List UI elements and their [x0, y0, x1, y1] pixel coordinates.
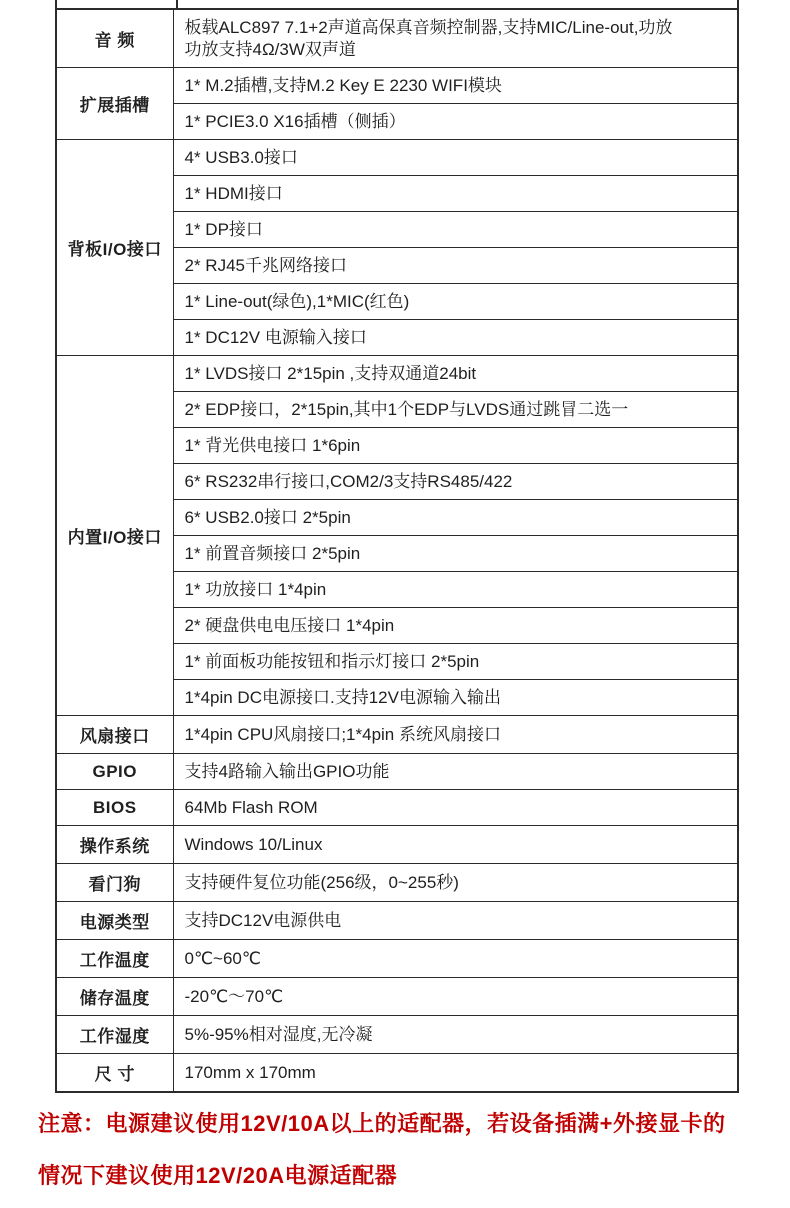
- table-row: 看门狗 支持硬件复位功能(256级，0~255秒): [56, 864, 738, 902]
- spec-value: 64Mb Flash ROM: [173, 790, 738, 826]
- spec-label-internal-io: 内置I/O接口: [56, 356, 173, 716]
- spec-value: 板载ALC897 7.1+2声道高保真音频控制器,支持MIC/Line-out,…: [173, 9, 738, 68]
- spec-value: 5%-95%相对湿度,无冷凝: [173, 1016, 738, 1054]
- spec-value: 1* 功放接口 1*4pin: [173, 572, 738, 608]
- spec-label-operating-humidity: 工作湿度: [56, 1016, 173, 1054]
- spec-value: 1* DC12V 电源输入接口: [173, 320, 738, 356]
- spec-value: 1*4pin CPU风扇接口;1*4pin 系统风扇接口: [173, 716, 738, 754]
- spec-table-wrap: 音 频 板载ALC897 7.1+2声道高保真音频控制器,支持MIC/Line-…: [55, 0, 739, 1093]
- spec-value: 2* 硬盘供电电压接口 1*4pin: [173, 608, 738, 644]
- spec-value: 1* HDMI接口: [173, 176, 738, 212]
- spec-label-expansion-slots: 扩展插槽: [56, 68, 173, 140]
- spec-value-line: 板载ALC897 7.1+2声道高保真音频控制器,支持MIC/Line-out,…: [185, 17, 730, 39]
- spec-value: 1*4pin DC电源接口.支持12V电源输入输出: [173, 680, 738, 716]
- spec-value: 170mm x 170mm: [173, 1054, 738, 1093]
- spec-value: -20℃～70℃: [173, 978, 738, 1016]
- spec-value: 1* 背光供电接口 1*6pin: [173, 428, 738, 464]
- spec-value: 支持硬件复位功能(256级，0~255秒): [173, 864, 738, 902]
- power-note-line: 情况下建议使用12V/20A电源适配器: [38, 1161, 758, 1191]
- table-row: 背板I/O接口 4* USB3.0接口: [56, 140, 738, 176]
- spec-value: 1* 前置音频接口 2*5pin: [173, 536, 738, 572]
- table-row: 工作温度 0℃~60℃: [56, 940, 738, 978]
- table-row: 内置I/O接口 1* LVDS接口 2*15pin ,支持双通道24bit: [56, 356, 738, 392]
- table-row: 风扇接口 1*4pin CPU风扇接口;1*4pin 系统风扇接口: [56, 716, 738, 754]
- spec-value: Windows 10/Linux: [173, 826, 738, 864]
- spec-label-audio: 音 频: [56, 9, 173, 68]
- spec-label-watchdog: 看门狗: [56, 864, 173, 902]
- power-note: 注意：电源建议使用12V/10A以上的适配器，若设备插满+外接显卡的 情况下建议…: [38, 1109, 758, 1191]
- table-row: 电源类型 支持DC12V电源供电: [56, 902, 738, 940]
- power-note-line: 注意：电源建议使用12V/10A以上的适配器，若设备插满+外接显卡的: [38, 1109, 758, 1139]
- spec-value-line: 功放支持4Ω/3W双声道: [185, 39, 730, 61]
- spec-label-storage-temp: 储存温度: [56, 978, 173, 1016]
- spec-value: 6* RS232串行接口,COM2/3支持RS485/422: [173, 464, 738, 500]
- table-row: GPIO 支持4路输入输出GPIO功能: [56, 754, 738, 790]
- spec-label-rear-io: 背板I/O接口: [56, 140, 173, 356]
- cutoff-label-cell: [55, 0, 178, 8]
- spec-value: 6* USB2.0接口 2*5pin: [173, 500, 738, 536]
- spec-value: 支持4路输入输出GPIO功能: [173, 754, 738, 790]
- spec-value: 1* Line-out(绿色),1*MIC(红色): [173, 284, 738, 320]
- spec-label-gpio: GPIO: [56, 754, 173, 790]
- spec-label-os: 操作系统: [56, 826, 173, 864]
- spec-value: 4* USB3.0接口: [173, 140, 738, 176]
- spec-value: 1* PCIE3.0 X16插槽（侧插）: [173, 104, 738, 140]
- spec-value: 1* DP接口: [173, 212, 738, 248]
- spec-table: 音 频 板载ALC897 7.1+2声道高保真音频控制器,支持MIC/Line-…: [55, 8, 739, 1093]
- spec-label-bios: BIOS: [56, 790, 173, 826]
- table-row: 尺 寸 170mm x 170mm: [56, 1054, 738, 1093]
- spec-value: 2* RJ45千兆网络接口: [173, 248, 738, 284]
- spec-value: 1* 前面板功能按钮和指示灯接口 2*5pin: [173, 644, 738, 680]
- table-row: 储存温度 -20℃～70℃: [56, 978, 738, 1016]
- spec-value: 1* M.2插槽,支持M.2 Key E 2230 WIFI模块: [173, 68, 738, 104]
- table-row: 扩展插槽 1* M.2插槽,支持M.2 Key E 2230 WIFI模块: [56, 68, 738, 104]
- spec-value: 支持DC12V电源供电: [173, 902, 738, 940]
- table-row: 操作系统 Windows 10/Linux: [56, 826, 738, 864]
- spec-label-fan: 风扇接口: [56, 716, 173, 754]
- spec-value: 1* LVDS接口 2*15pin ,支持双通道24bit: [173, 356, 738, 392]
- spec-value: 2* EDP接口，2*15pin,其中1个EDP与LVDS通过跳冒二选一: [173, 392, 738, 428]
- table-row: 工作湿度 5%-95%相对湿度,无冷凝: [56, 1016, 738, 1054]
- spec-value: 0℃~60℃: [173, 940, 738, 978]
- spec-label-dimensions: 尺 寸: [56, 1054, 173, 1093]
- cutoff-value-cell: [178, 0, 739, 8]
- table-row: 音 频 板载ALC897 7.1+2声道高保真音频控制器,支持MIC/Line-…: [56, 9, 738, 68]
- spec-label-power-type: 电源类型: [56, 902, 173, 940]
- table-row: BIOS 64Mb Flash ROM: [56, 790, 738, 826]
- spec-sheet: 音 频 板载ALC897 7.1+2声道高保真音频控制器,支持MIC/Line-…: [0, 0, 790, 1208]
- spec-label-operating-temp: 工作温度: [56, 940, 173, 978]
- cutoff-row-remnant: [55, 0, 739, 8]
